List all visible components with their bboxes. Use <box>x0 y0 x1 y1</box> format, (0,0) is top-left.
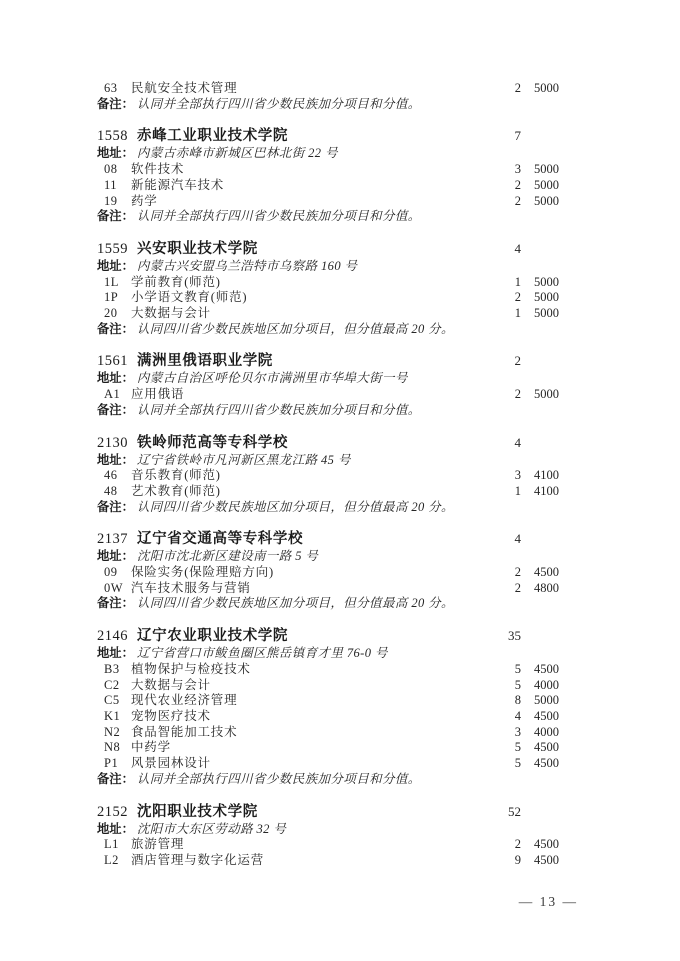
program-fee: 5000 <box>521 178 559 194</box>
address-value: 内蒙古兴安盟乌兰浩特市乌察路 160 号 <box>137 259 559 275</box>
school-name: 兴安职业技术学院 <box>137 239 481 259</box>
program-name: 植物保护与检疫技术 <box>131 662 251 676</box>
program-code: A1 <box>104 387 125 403</box>
remark-value: 认同并全部执行四川省少数民族加分项目和分值。 <box>137 209 559 225</box>
program-count: 2 <box>481 290 521 306</box>
program-row: 1L学前教育(师范)15000 <box>97 275 559 291</box>
program-name: 食品智能加工技术 <box>131 725 237 739</box>
program-fee: 4500 <box>521 565 559 581</box>
program-count: 5 <box>481 756 521 772</box>
program-code: 1P <box>104 290 125 306</box>
address-label: 地址： <box>97 549 134 565</box>
program-count: 5 <box>481 678 521 694</box>
program-name: 小学语文教育(师范) <box>131 290 247 304</box>
program-row: L1旅游管理24500 <box>97 837 559 853</box>
program-code: N8 <box>104 740 125 756</box>
program-main: 1L学前教育(师范) <box>97 275 481 291</box>
program-count: 1 <box>481 484 521 500</box>
school-code: 2152 <box>97 802 128 822</box>
remark-label: 备注： <box>97 500 134 516</box>
address-value: 内蒙古赤峰市新城区巴林北街 22 号 <box>137 146 559 162</box>
program-main: A1应用俄语 <box>97 387 481 403</box>
program-row: K1宠物医疗技术44500 <box>97 709 559 725</box>
program-fee: 5000 <box>521 387 559 403</box>
program-row: 11新能源汽车技术25000 <box>97 178 559 194</box>
program-fee: 4800 <box>521 581 559 597</box>
school-code: 2130 <box>97 433 128 453</box>
remark-row: 备注：认同四川省少数民族地区加分项目，但分值最高 20 分。 <box>97 322 559 338</box>
program-main: B3植物保护与检疫技术 <box>97 662 481 678</box>
program-main: C5现代农业经济管理 <box>97 693 481 709</box>
remark-value: 认同并全部执行四川省少数民族加分项目和分值。 <box>137 97 559 113</box>
program-row: P1风景园林设计54500 <box>97 756 559 772</box>
program-code: L2 <box>104 853 125 869</box>
program-count: 9 <box>481 853 521 869</box>
program-main: 09保险实务(保险理赔方向) <box>97 565 481 581</box>
program-name: 应用俄语 <box>131 387 184 401</box>
remark-label: 备注： <box>97 97 134 113</box>
program-row: 46音乐教育(师范)34100 <box>97 468 559 484</box>
program-row: C5现代农业经济管理85000 <box>97 693 559 709</box>
program-code: C2 <box>104 678 125 694</box>
school-section: 2152沈阳职业技术学院52地址：沈阳市大东区劳动路 32 号L1旅游管理245… <box>97 802 559 869</box>
program-row: 20大数据与会计15000 <box>97 306 559 322</box>
program-main: 48艺术教育(师范) <box>97 484 481 500</box>
address-value: 辽宁省铁岭市凡河新区黑龙江路 45 号 <box>137 453 559 469</box>
school-total-count: 4 <box>481 529 521 549</box>
program-count: 2 <box>481 837 521 853</box>
program-row: 48艺术教育(师范)14100 <box>97 484 559 500</box>
address-row: 地址：内蒙古兴安盟乌兰浩特市乌察路 160 号 <box>97 259 559 275</box>
program-main: K1宠物医疗技术 <box>97 709 481 725</box>
program-code: C5 <box>104 693 125 709</box>
program-name: 旅游管理 <box>131 837 184 851</box>
program-name: 软件技术 <box>131 162 184 176</box>
page-number: — 13 — <box>519 894 578 910</box>
program-code: 63 <box>104 81 125 97</box>
program-main: N8中药学 <box>97 740 481 756</box>
program-main: L2酒店管理与数字化运营 <box>97 853 481 869</box>
remark-value: 认同并全部执行四川省少数民族加分项目和分值。 <box>137 772 559 788</box>
program-main: 08软件技术 <box>97 162 481 178</box>
address-label: 地址： <box>97 259 134 275</box>
school-total-count: 52 <box>481 802 521 822</box>
document-page: 63民航安全技术管理25000备注：认同并全部执行四川省少数民族加分项目和分值。… <box>0 0 680 961</box>
address-value: 内蒙古自治区呼伦贝尔市满洲里市华埠大街一号 <box>137 371 559 387</box>
program-fee: 4500 <box>521 740 559 756</box>
program-row: A1应用俄语25000 <box>97 387 559 403</box>
remark-row: 备注：认同四川省少数民族地区加分项目，但分值最高 20 分。 <box>97 596 559 612</box>
program-name: 艺术教育(师范) <box>131 484 221 498</box>
program-fee: 4100 <box>521 468 559 484</box>
address-label: 地址： <box>97 822 134 838</box>
program-fee: 4100 <box>521 484 559 500</box>
program-code: 0W <box>104 581 125 597</box>
program-count: 5 <box>481 740 521 756</box>
program-fee: 4500 <box>521 756 559 772</box>
program-fee: 4500 <box>521 662 559 678</box>
program-count: 5 <box>481 662 521 678</box>
program-count: 3 <box>481 468 521 484</box>
address-row: 地址：内蒙古赤峰市新城区巴林北街 22 号 <box>97 146 559 162</box>
school-heading: 2152沈阳职业技术学院52 <box>97 802 559 822</box>
program-main: 0W汽车技术服务与营销 <box>97 581 481 597</box>
address-value: 沈阳市大东区劳动路 32 号 <box>137 822 559 838</box>
program-row: 19药学25000 <box>97 194 559 210</box>
program-row: 08软件技术35000 <box>97 162 559 178</box>
address-row: 地址：辽宁省铁岭市凡河新区黑龙江路 45 号 <box>97 453 559 469</box>
remark-row: 备注：认同并全部执行四川省少数民族加分项目和分值。 <box>97 97 559 113</box>
program-main: 20大数据与会计 <box>97 306 481 322</box>
school-code: 1559 <box>97 239 128 259</box>
remark-value: 认同并全部执行四川省少数民族加分项目和分值。 <box>137 403 559 419</box>
school-name: 辽宁农业职业技术学院 <box>137 626 481 646</box>
school-section: 1558赤峰工业职业技术学院7地址：内蒙古赤峰市新城区巴林北街 22 号08软件… <box>97 126 559 225</box>
program-count: 8 <box>481 693 521 709</box>
school-section: 2137辽宁省交通高等专科学校4地址：沈阳市沈北新区建设南一路 5 号09保险实… <box>97 529 559 612</box>
school-total-count: 4 <box>481 239 521 259</box>
program-code: 48 <box>104 484 125 500</box>
program-code: 11 <box>104 178 125 194</box>
program-name: 中药学 <box>131 740 171 754</box>
program-main: 63民航安全技术管理 <box>97 81 481 97</box>
document-body: 63民航安全技术管理25000备注：认同并全部执行四川省少数民族加分项目和分值。… <box>97 81 559 869</box>
program-fee: 5000 <box>521 693 559 709</box>
program-main: L1旅游管理 <box>97 837 481 853</box>
school-section: 1559兴安职业技术学院4地址：内蒙古兴安盟乌兰浩特市乌察路 160 号1L学前… <box>97 239 559 338</box>
program-code: 20 <box>104 306 125 322</box>
program-code: 19 <box>104 194 125 210</box>
program-main: C2大数据与会计 <box>97 678 481 694</box>
program-row: 1P小学语文教育(师范)25000 <box>97 290 559 306</box>
remark-value: 认同四川省少数民族地区加分项目，但分值最高 20 分。 <box>137 322 559 338</box>
program-row: N8中药学54500 <box>97 740 559 756</box>
program-name: 大数据与会计 <box>131 306 211 320</box>
school-total-count: 4 <box>481 433 521 453</box>
address-label: 地址： <box>97 371 134 387</box>
program-count: 2 <box>481 178 521 194</box>
program-name: 新能源汽车技术 <box>131 178 224 192</box>
remark-label: 备注： <box>97 596 134 612</box>
program-fee: 5000 <box>521 306 559 322</box>
program-row: C2大数据与会计54000 <box>97 678 559 694</box>
program-main: 1P小学语文教育(师范) <box>97 290 481 306</box>
school-heading: 1559兴安职业技术学院4 <box>97 239 559 259</box>
program-fee: 5000 <box>521 162 559 178</box>
program-name: 汽车技术服务与营销 <box>131 581 251 595</box>
address-value: 辽宁省营口市鲅鱼圈区熊岳镇育才里 76-0 号 <box>137 646 559 662</box>
school-section: 1561满洲里俄语职业学院2地址：内蒙古自治区呼伦贝尔市满洲里市华埠大街一号A1… <box>97 351 559 418</box>
program-name: 音乐教育(师范) <box>131 468 221 482</box>
program-count: 3 <box>481 725 521 741</box>
program-row: L2酒店管理与数字化运营94500 <box>97 853 559 869</box>
school-heading: 1558赤峰工业职业技术学院7 <box>97 126 559 146</box>
remark-label: 备注： <box>97 209 134 225</box>
program-count: 1 <box>481 275 521 291</box>
address-label: 地址： <box>97 453 134 469</box>
address-label: 地址： <box>97 146 134 162</box>
program-count: 2 <box>481 565 521 581</box>
program-name: 风景园林设计 <box>131 756 211 770</box>
school-name: 沈阳职业技术学院 <box>137 802 481 822</box>
program-main: N2食品智能加工技术 <box>97 725 481 741</box>
school-total-count: 7 <box>481 126 521 146</box>
program-fee: 5000 <box>521 290 559 306</box>
program-name: 学前教育(师范) <box>131 275 221 289</box>
remark-label: 备注： <box>97 772 134 788</box>
program-fee: 4000 <box>521 725 559 741</box>
program-code: 09 <box>104 565 125 581</box>
school-name: 满洲里俄语职业学院 <box>137 351 481 371</box>
program-name: 宠物医疗技术 <box>131 709 211 723</box>
program-name: 民航安全技术管理 <box>131 81 237 95</box>
school-code: 2146 <box>97 626 128 646</box>
school-total-count: 2 <box>481 351 521 371</box>
program-count: 4 <box>481 709 521 725</box>
address-row: 地址：内蒙古自治区呼伦贝尔市满洲里市华埠大街一号 <box>97 371 559 387</box>
program-code: B3 <box>104 662 125 678</box>
remark-value: 认同四川省少数民族地区加分项目，但分值最高 20 分。 <box>137 596 559 612</box>
program-code: 1L <box>104 275 125 291</box>
school-name: 铁岭师范高等专科学校 <box>137 433 481 453</box>
program-code: L1 <box>104 837 125 853</box>
remark-row: 备注：认同四川省少数民族地区加分项目，但分值最高 20 分。 <box>97 500 559 516</box>
school-code: 1558 <box>97 126 128 146</box>
program-code: 08 <box>104 162 125 178</box>
school-heading: 2130铁岭师范高等专科学校4 <box>97 433 559 453</box>
remark-value: 认同四川省少数民族地区加分项目，但分值最高 20 分。 <box>137 500 559 516</box>
remark-row: 备注：认同并全部执行四川省少数民族加分项目和分值。 <box>97 403 559 419</box>
program-fee: 4500 <box>521 837 559 853</box>
program-count: 2 <box>481 581 521 597</box>
address-value: 沈阳市沈北新区建设南一路 5 号 <box>137 549 559 565</box>
program-name: 保险实务(保险理赔方向) <box>131 565 274 579</box>
remark-row: 备注：认同并全部执行四川省少数民族加分项目和分值。 <box>97 209 559 225</box>
school-code: 2137 <box>97 529 128 549</box>
program-code: 46 <box>104 468 125 484</box>
program-row: N2食品智能加工技术34000 <box>97 725 559 741</box>
school-code: 1561 <box>97 351 128 371</box>
program-count: 2 <box>481 387 521 403</box>
school-total-count: 35 <box>481 626 521 646</box>
remark-label: 备注： <box>97 403 134 419</box>
school-section: 2130铁岭师范高等专科学校4地址：辽宁省铁岭市凡河新区黑龙江路 45 号46音… <box>97 433 559 516</box>
program-fee: 4500 <box>521 709 559 725</box>
program-code: N2 <box>104 725 125 741</box>
program-main: 11新能源汽车技术 <box>97 178 481 194</box>
school-heading: 2137辽宁省交通高等专科学校4 <box>97 529 559 549</box>
address-row: 地址：辽宁省营口市鲅鱼圈区熊岳镇育才里 76-0 号 <box>97 646 559 662</box>
program-code: K1 <box>104 709 125 725</box>
program-name: 药学 <box>131 194 158 208</box>
program-name: 酒店管理与数字化运营 <box>131 853 264 867</box>
program-row: 09保险实务(保险理赔方向)24500 <box>97 565 559 581</box>
program-count: 1 <box>481 306 521 322</box>
program-name: 现代农业经济管理 <box>131 693 237 707</box>
program-fee: 4500 <box>521 853 559 869</box>
address-row: 地址：沈阳市大东区劳动路 32 号 <box>97 822 559 838</box>
program-row: B3植物保护与检疫技术54500 <box>97 662 559 678</box>
program-main: P1风景园林设计 <box>97 756 481 772</box>
program-code: P1 <box>104 756 125 772</box>
program-count: 3 <box>481 162 521 178</box>
program-row: 63民航安全技术管理25000 <box>97 81 559 97</box>
program-count: 2 <box>481 194 521 210</box>
program-name: 大数据与会计 <box>131 678 211 692</box>
school-heading: 2146辽宁农业职业技术学院35 <box>97 626 559 646</box>
program-fee: 4000 <box>521 678 559 694</box>
remark-label: 备注： <box>97 322 134 338</box>
remark-row: 备注：认同并全部执行四川省少数民族加分项目和分值。 <box>97 772 559 788</box>
school-name: 赤峰工业职业技术学院 <box>137 126 481 146</box>
program-count: 2 <box>481 81 521 97</box>
program-fee: 5000 <box>521 275 559 291</box>
school-name: 辽宁省交通高等专科学校 <box>137 529 481 549</box>
program-fee: 5000 <box>521 194 559 210</box>
address-label: 地址： <box>97 646 134 662</box>
program-fee: 5000 <box>521 81 559 97</box>
address-row: 地址：沈阳市沈北新区建设南一路 5 号 <box>97 549 559 565</box>
program-main: 19药学 <box>97 194 481 210</box>
program-main: 46音乐教育(师范) <box>97 468 481 484</box>
school-heading: 1561满洲里俄语职业学院2 <box>97 351 559 371</box>
program-row: 0W汽车技术服务与营销24800 <box>97 581 559 597</box>
school-section: 63民航安全技术管理25000备注：认同并全部执行四川省少数民族加分项目和分值。 <box>97 81 559 112</box>
school-section: 2146辽宁农业职业技术学院35地址：辽宁省营口市鲅鱼圈区熊岳镇育才里 76-0… <box>97 626 559 787</box>
